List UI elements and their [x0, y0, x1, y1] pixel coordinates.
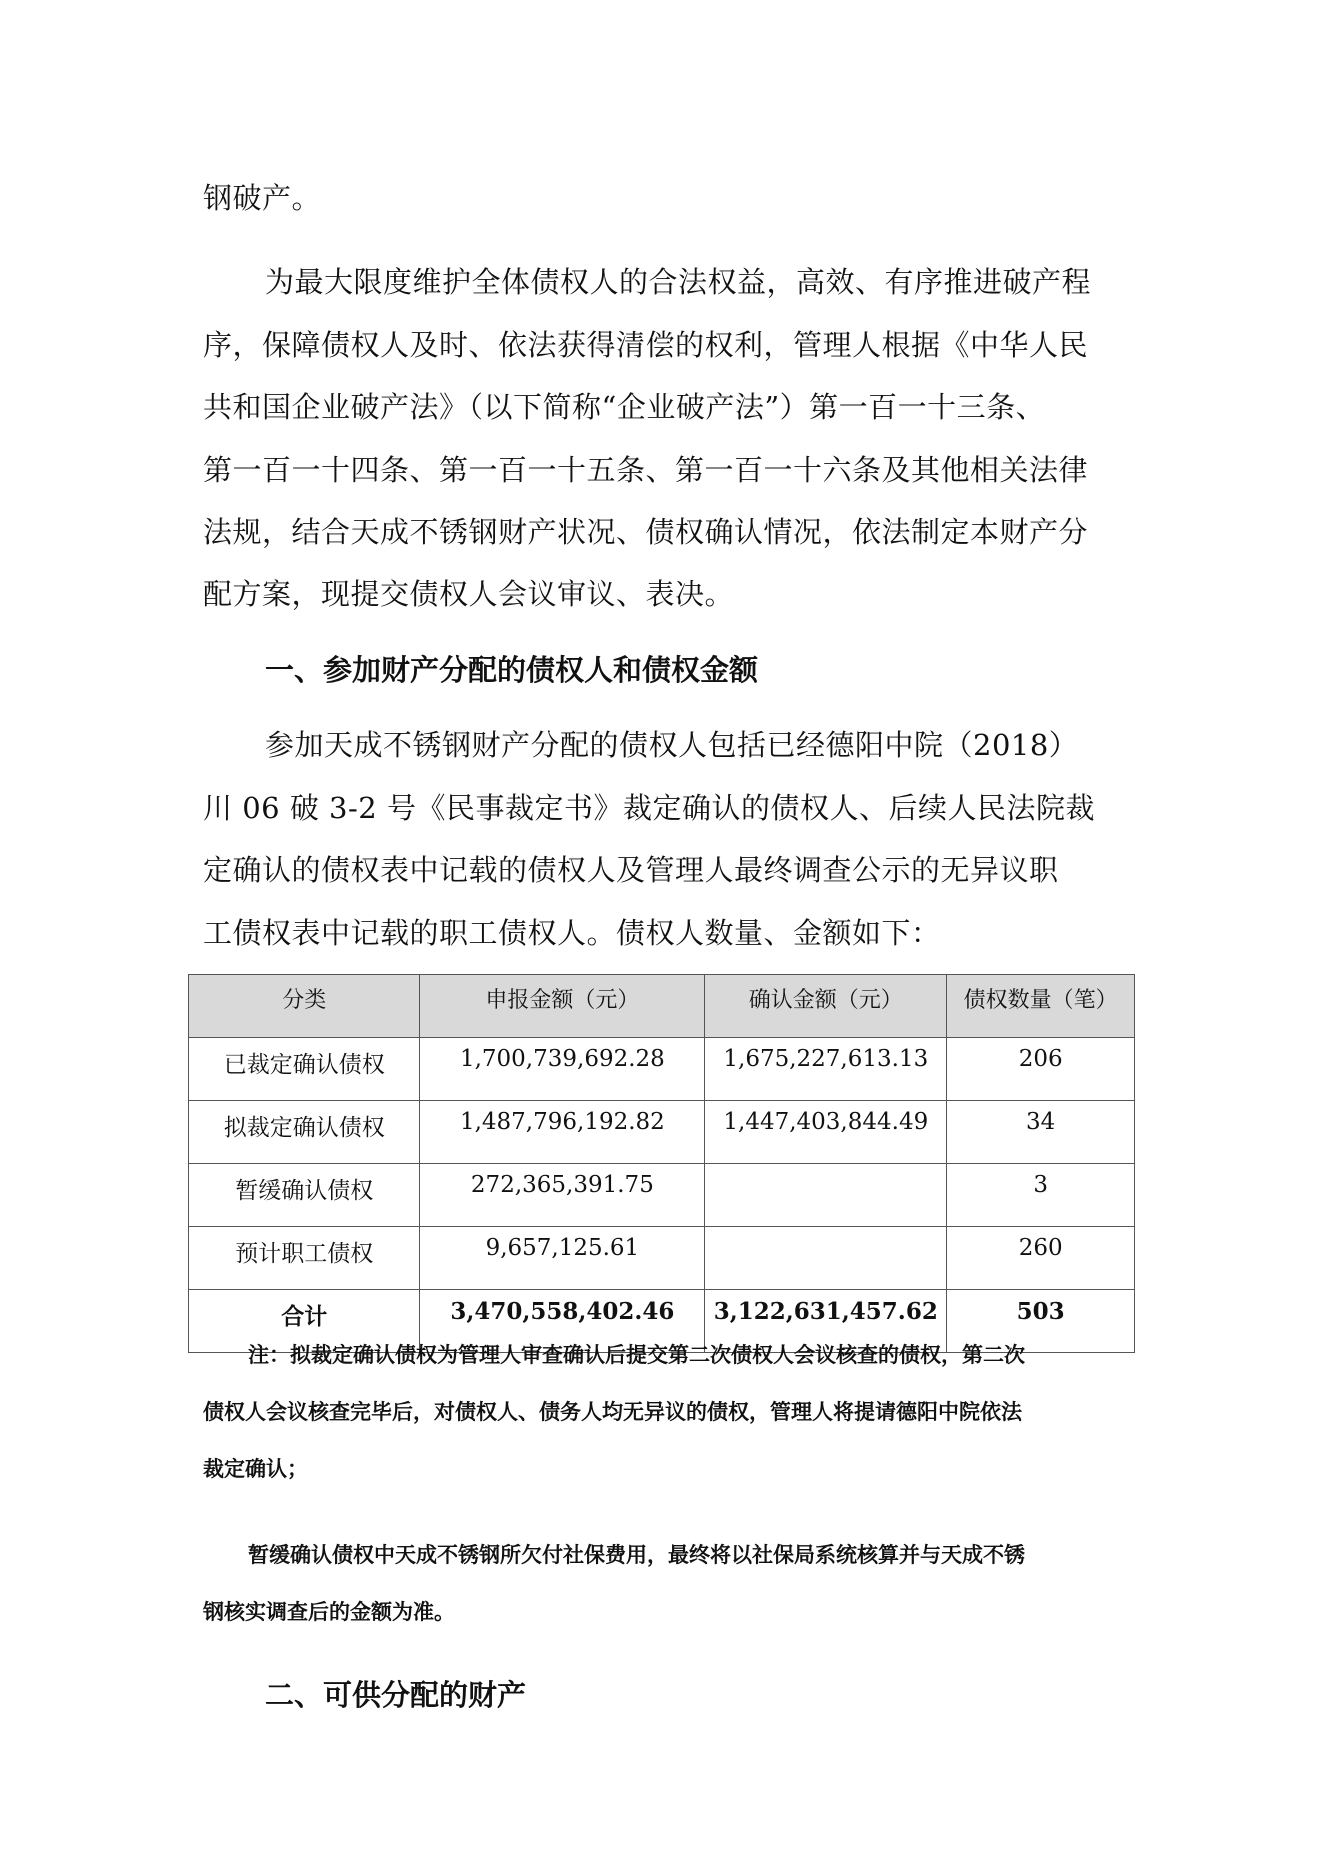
table-note-line: 裁定确认； [203, 1454, 308, 1484]
paragraph-line: 川 06 破 3-2 号《民事裁定书》裁定确认的债权人、后续人民法院裁 [203, 788, 1095, 828]
cell-confirmed: 1,675,227,613.13 [705, 1038, 947, 1101]
cell-confirmed [705, 1227, 947, 1290]
table-header-row: 分类 申报金额（元） 确认金额（元） 债权数量（笔） [189, 975, 1135, 1038]
paragraph-line: 共和国企业破产法》（以下简称“企业破产法”）第一百一十三条、 [203, 387, 1045, 427]
cell-declared: 9,657,125.61 [420, 1227, 705, 1290]
header-claim-count: 债权数量（笔） [947, 975, 1135, 1038]
cell-confirmed: 1,447,403,844.49 [705, 1101, 947, 1164]
section-heading-2: 二、可供分配的财产 [265, 1675, 526, 1715]
paragraph-line: 定确认的债权表中记载的债权人及管理人最终调查公示的无异议职 [203, 850, 1059, 890]
cell-count: 34 [947, 1101, 1135, 1164]
table-note-line: 债权人会议核查完毕后，对债权人、债务人均无异议的债权，管理人将提请德阳中院依法 [203, 1397, 1022, 1427]
paragraph-line: 工债权表中记载的职工债权人。债权人数量、金额如下： [203, 913, 941, 953]
table-note-line: 暂缓确认债权中天成不锈钢所欠付社保费用，最终将以社保局系统核算并与天成不锈 [248, 1540, 1025, 1570]
table-note-line: 钢核实调查后的金额为准。 [203, 1597, 455, 1627]
paragraph-line: 为最大限度维护全体债权人的合法权益，高效、有序推进破产程 [265, 262, 1091, 302]
header-declared-amount: 申报金额（元） [420, 975, 705, 1038]
table-row: 预计职工债权 9,657,125.61 260 [189, 1227, 1135, 1290]
cell-confirmed [705, 1164, 947, 1227]
paragraph-line: 配方案，现提交债权人会议审议、表决。 [203, 574, 734, 614]
cell-count: 3 [947, 1164, 1135, 1227]
paragraph-line: 参加天成不锈钢财产分配的债权人包括已经德阳中院（2018） [265, 725, 1078, 765]
header-confirmed-amount: 确认金额（元） [705, 975, 947, 1038]
cell-category: 暂缓确认债权 [189, 1164, 420, 1227]
cell-declared: 1,700,739,692.28 [420, 1038, 705, 1101]
paragraph-line: 法规，结合天成不锈钢财产状况、债权确认情况，依法制定本财产分 [203, 512, 1088, 552]
header-category: 分类 [189, 975, 420, 1038]
section-heading-1: 一、参加财产分配的债权人和债权金额 [265, 650, 758, 690]
cell-declared: 1,487,796,192.82 [420, 1101, 705, 1164]
paragraph-line: 第一百一十四条、第一百一十五条、第一百一十六条及其他相关法律 [203, 450, 1088, 490]
cell-category: 拟裁定确认债权 [189, 1101, 420, 1164]
table-row: 暂缓确认债权 272,365,391.75 3 [189, 1164, 1135, 1227]
cell-category: 预计职工债权 [189, 1227, 420, 1290]
claims-table: 分类 申报金额（元） 确认金额（元） 债权数量（笔） 已裁定确认债权 1,700… [188, 974, 1135, 1353]
table-row: 拟裁定确认债权 1,487,796,192.82 1,447,403,844.4… [189, 1101, 1135, 1164]
cell-category: 已裁定确认债权 [189, 1038, 420, 1101]
table-note-line: 注：拟裁定确认债权为管理人审查确认后提交第二次债权人会议核查的债权，第二次 [248, 1340, 1025, 1370]
cell-count: 206 [947, 1038, 1135, 1101]
table-row: 已裁定确认债权 1,700,739,692.28 1,675,227,613.1… [189, 1038, 1135, 1101]
document-page: 钢破产。 为最大限度维护全体债权人的合法权益，高效、有序推进破产程 序，保障债权… [0, 0, 1323, 1871]
paragraph-continuation: 钢破产。 [203, 178, 321, 218]
cell-count: 260 [947, 1227, 1135, 1290]
cell-declared: 272,365,391.75 [420, 1164, 705, 1227]
paragraph-line: 序，保障债权人及时、依法获得清偿的权利，管理人根据《中华人民 [203, 325, 1088, 365]
